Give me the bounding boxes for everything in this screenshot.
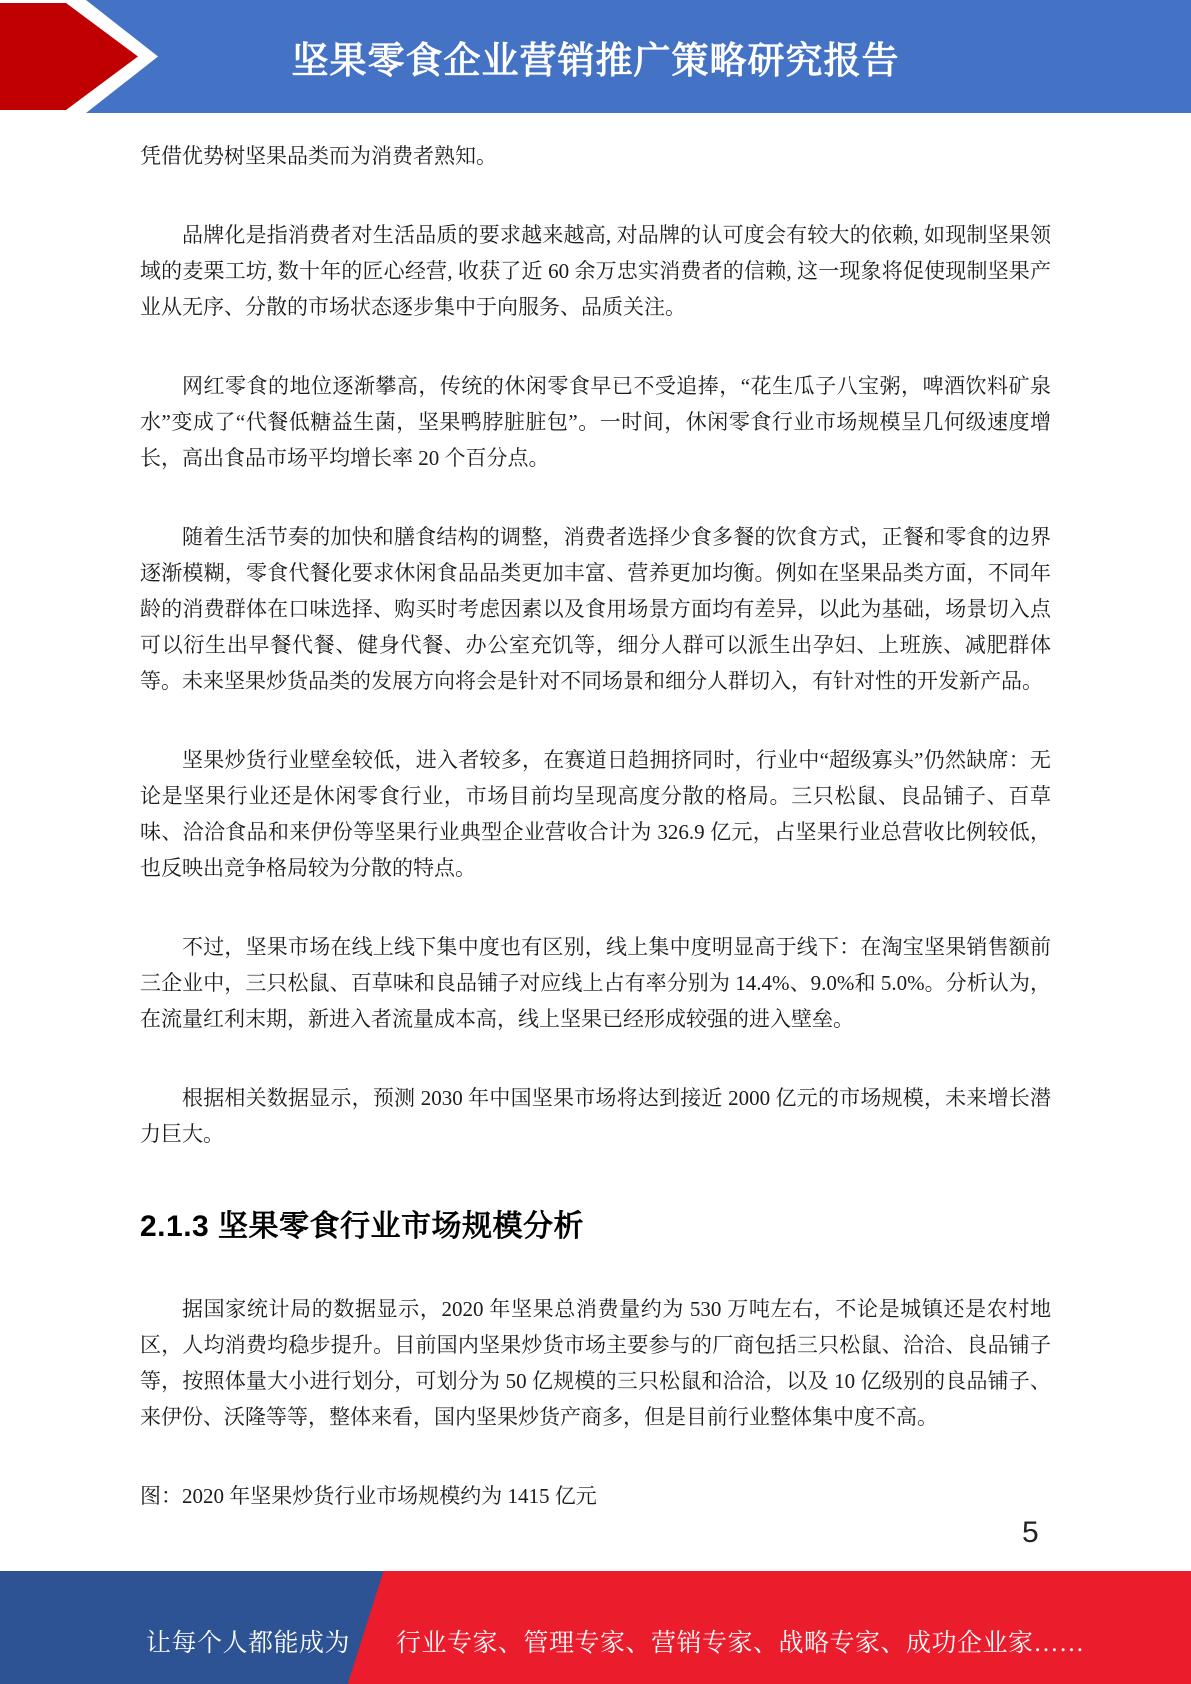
body-paragraph: 凭借优势树坚果品类而为消费者熟知。 bbox=[140, 138, 1051, 174]
body-paragraph: 坚果炒货行业壁垒较低，进入者较多，在赛道日趋拥挤同时，行业中“超级寡头”仍然缺席… bbox=[140, 742, 1051, 886]
section-heading: 2.1.3 坚果零食行业市场规模分析 bbox=[140, 1206, 1051, 1248]
body-paragraph: 不过，坚果市场在线上线下集中度也有区别，线上集中度明显高于线下：在淘宝坚果销售额… bbox=[140, 929, 1051, 1037]
report-page: 坚果零食企业营销推广策略研究报告 凭借优势树坚果品类而为消费者熟知。 品牌化是指… bbox=[0, 0, 1191, 1684]
body-paragraph: 据国家统计局的数据显示，2020 年坚果总消费量约为 530 万吨左右，不论是城… bbox=[140, 1291, 1051, 1435]
figure-caption: 图：2020 年坚果炒货行业市场规模约为 1415 亿元 bbox=[140, 1478, 1051, 1514]
footer-band: 让每个人都能成为 行业专家、管理专家、营销专家、战略专家、成功企业家…… bbox=[0, 1571, 1191, 1684]
document-body: 凭借优势树坚果品类而为消费者熟知。 品牌化是指消费者对生活品质的要求越来越高, … bbox=[0, 113, 1191, 1514]
report-title: 坚果零食企业营销推广策略研究报告 bbox=[0, 0, 1191, 113]
body-paragraph: 根据相关数据显示，预测 2030 年中国坚果市场将达到接近 2000 亿元的市场… bbox=[140, 1080, 1051, 1152]
body-paragraph: 网红零食的地位逐渐攀高，传统的休闲零食早已不受追捧，“花生瓜子八宝粥，啤酒饮料矿… bbox=[140, 368, 1051, 476]
body-paragraph: 随着生活节奏的加快和膳食结构的调整，消费者选择少食多餐的饮食方式，正餐和零食的边… bbox=[140, 519, 1051, 699]
footer-left-text: 让每个人都能成为 bbox=[146, 1623, 350, 1659]
page-number: 5 bbox=[1022, 1516, 1039, 1550]
footer-right-text: 行业专家、管理专家、营销专家、战略专家、成功企业家…… bbox=[396, 1623, 1085, 1659]
body-paragraph: 品牌化是指消费者对生活品质的要求越来越高, 对品牌的认可度会有较大的依赖, 如现… bbox=[140, 217, 1051, 325]
header-banner: 坚果零食企业营销推广策略研究报告 bbox=[0, 0, 1191, 113]
